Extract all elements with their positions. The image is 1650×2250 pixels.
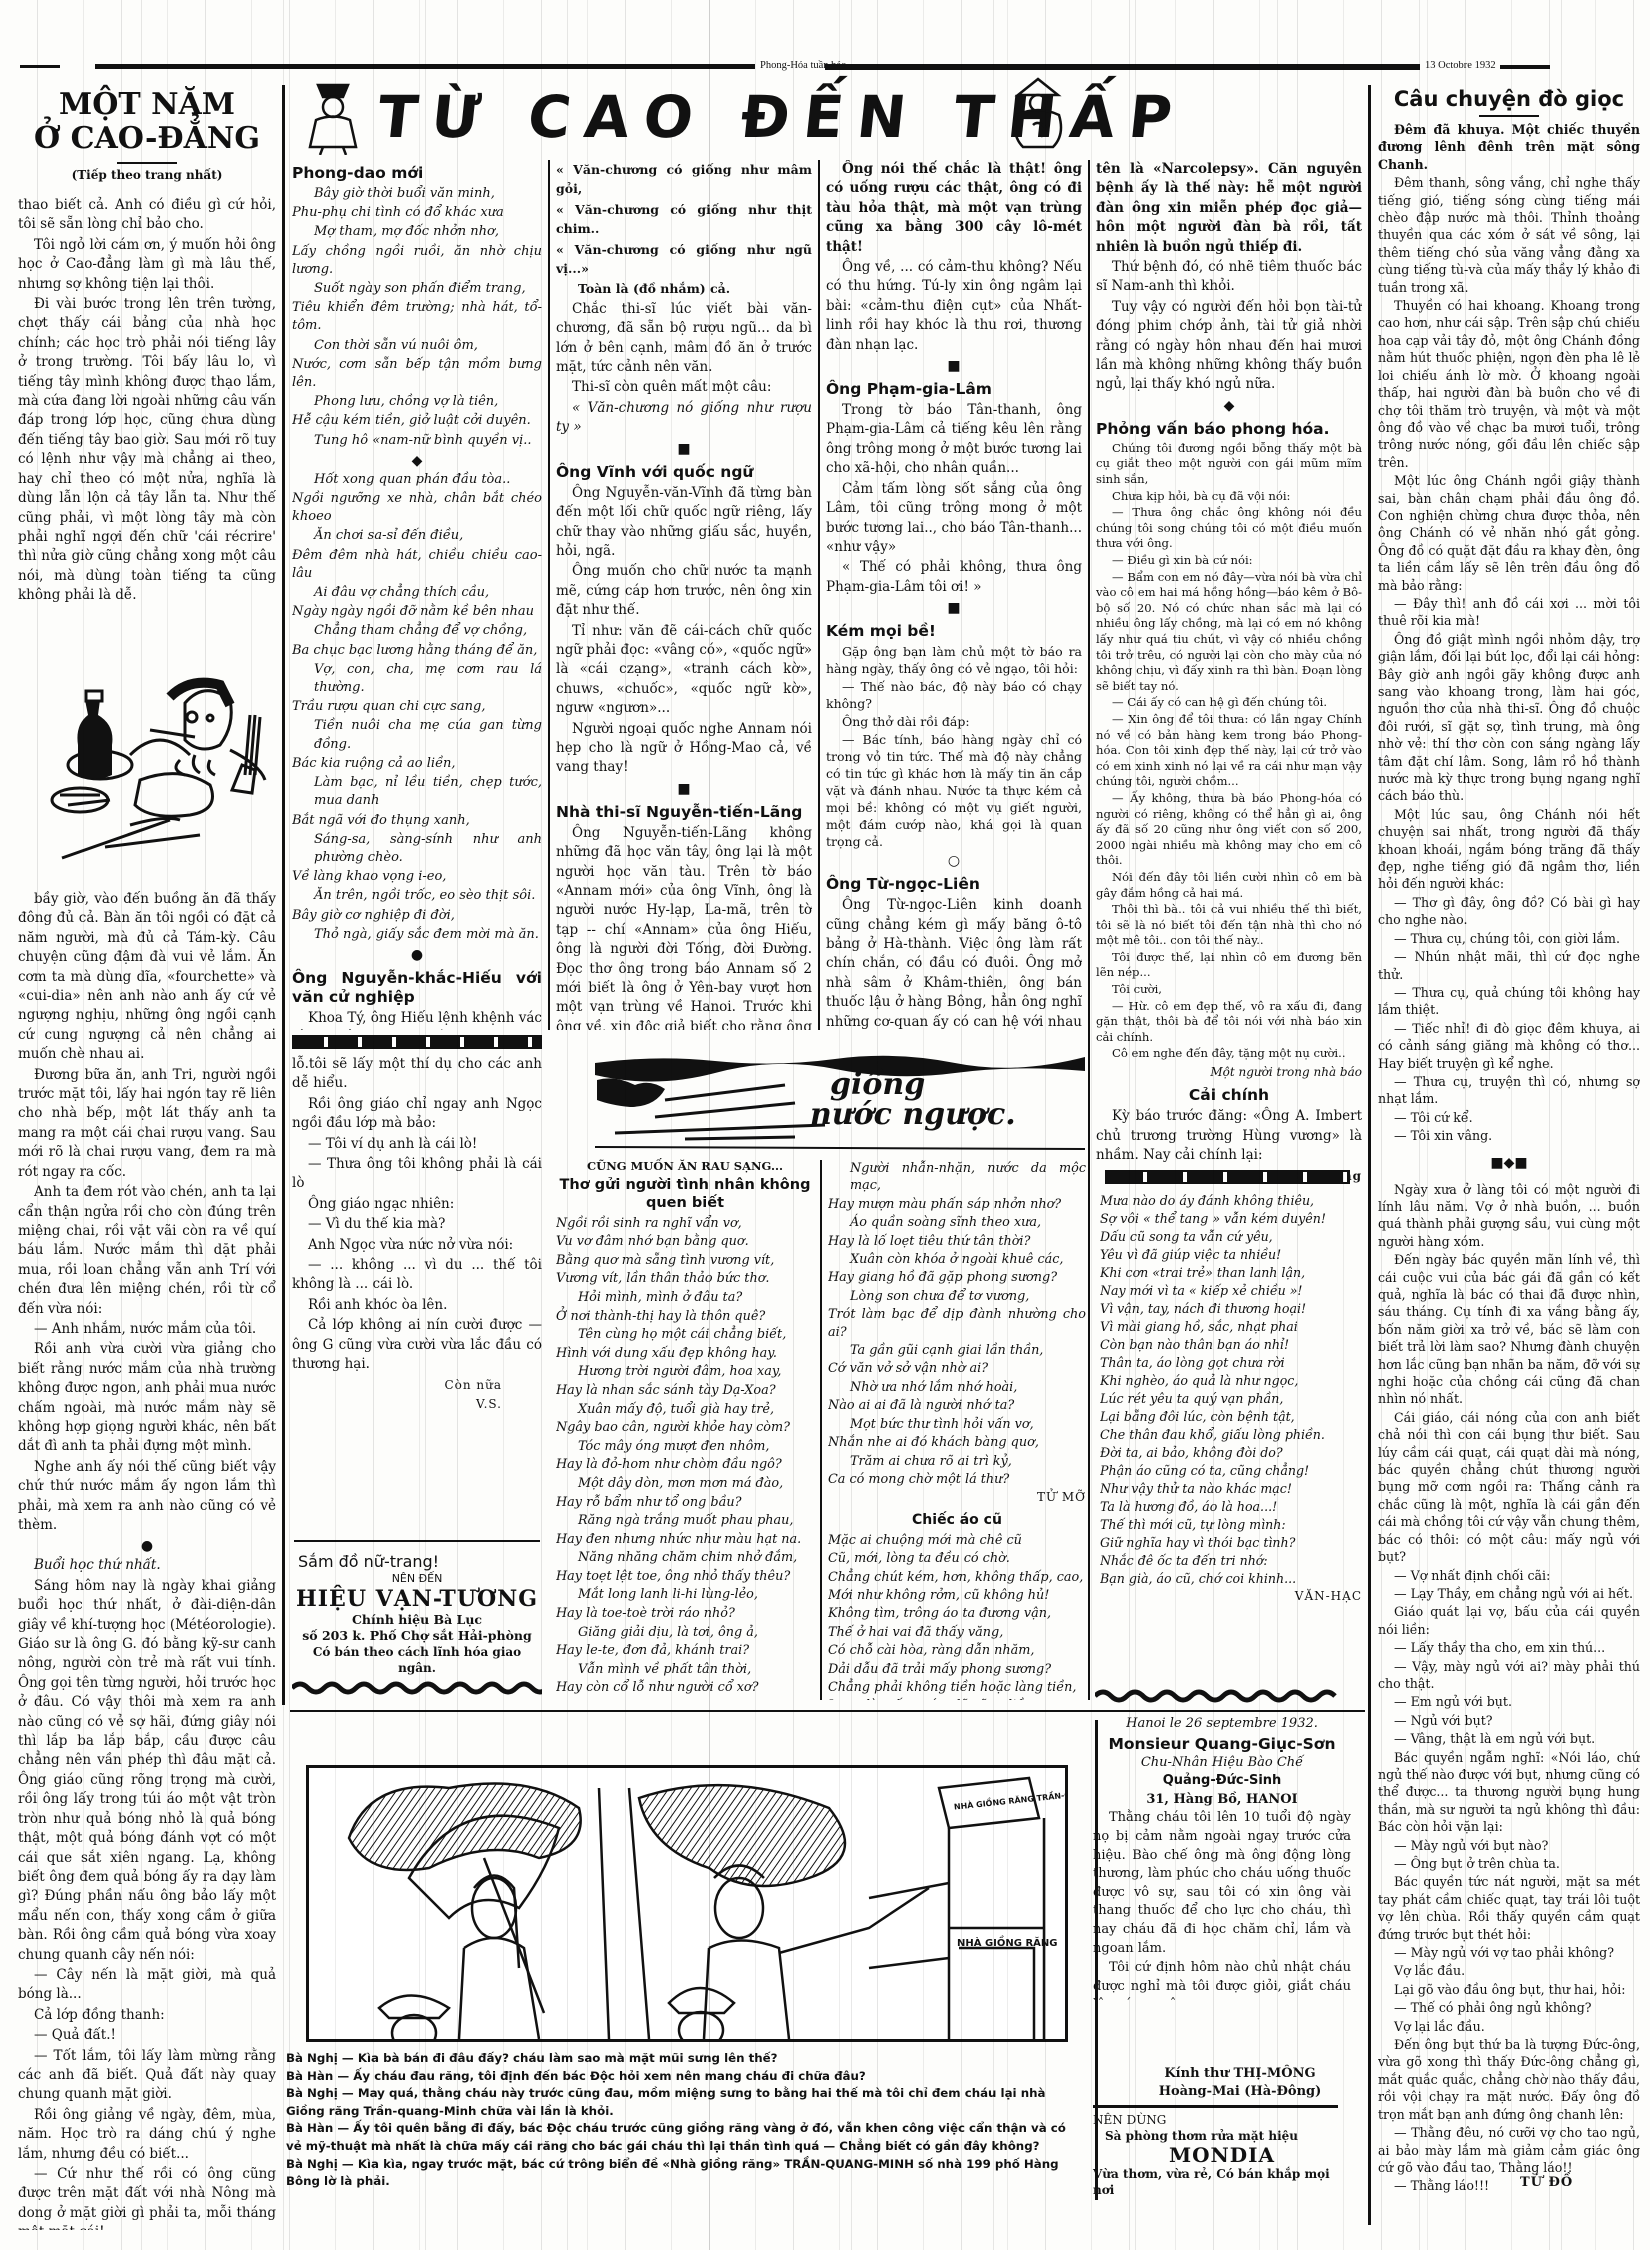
verse-line: Áo quần soàng sĩnh theo xưa, [828, 1214, 1086, 1231]
verse-line: Ngồi rồi sinh ra nghĩ vẩn vơ, [556, 1215, 814, 1233]
paragraph: Rồi anh vừa cười vừa giảng cho biết rằng… [18, 1340, 276, 1456]
verse-line: Hay còn cổ lỗ như người cổ xơ? [556, 1679, 814, 1697]
paragraph: Tuy vậy có người đến hỏi bọn tài-tử đóng… [1096, 298, 1362, 395]
verse-line: Hễ cậu kém tiền, giở luật cởi duyên. [292, 412, 542, 430]
letter-recipient: Monsieur Quang-Giục-Sơn [1093, 1734, 1351, 1754]
paragraph: Đi vài bước trong lên trên tường, chợt t… [18, 295, 276, 606]
verse-line: Tóc mây óng mượt đen nhôm, [556, 1438, 814, 1456]
paragraph: Tôi ngỏ lời cám ơn, ý muốn hỏi ông học ở… [18, 236, 276, 294]
paragraph: Thứ bệnh đó, có nhẽ tiêm thuốc bác sĩ Na… [1096, 258, 1362, 297]
continued-note: Còn nữa [292, 1376, 542, 1395]
paragraph: Ông giáo ngạc nhiên: [292, 1195, 542, 1214]
poem-chiec-ao-cu-continued: Mưa nào do áy đánh không thiêu, Sợ vôi «… [1100, 1192, 1362, 1687]
article-title: Câu chuyện đò giọc [1378, 85, 1640, 113]
ad-line: Sắm đồ nữ-trang! [292, 1552, 542, 1572]
ad-line: Sà phòng thơm rửa mặt hiệu [1093, 2128, 1351, 2144]
letter-date: Hanoi le 26 septembre 1932. [1093, 1715, 1351, 1734]
verse-line: Dấu cũ song ta vẫn cứ yêu, [1100, 1228, 1362, 1245]
verse-line: Ta là hương đồ, áo là hoa...! [1100, 1498, 1362, 1515]
paragraph: Chắc thi-sĩ lúc viết bài văn-chương, đã … [556, 300, 812, 378]
verse-line: Trăm ai chưa rõ ai trì kỷ, [828, 1453, 1086, 1470]
paragraph: Người ngoại quốc nghe Annam nói hẹp cho … [556, 720, 812, 778]
paragraph: — Quả đất.! [18, 2026, 276, 2045]
comic-nha-giong-rang: NHÀ GIỒNG RĂNG TRẦN-QUANG-MINH NHÀ GIỒNG… [306, 1765, 1068, 2042]
separator-square-icon: ■ [826, 598, 1082, 618]
banner-giong-nuoc-nguoc: giồng nước ngược. [595, 1045, 1085, 1155]
paragraph: lỗ.tôi sẽ lấy một thí dụ cho các anh dễ … [292, 1055, 542, 1094]
verse-line: Ăn trên, ngồi trốc, eo sèo thịt sôi. [292, 887, 542, 905]
verse-line: Con thời sẵn vú nuôi ôm, [292, 337, 542, 355]
paragraph: Đêm đã khuya. Một chiếc thuyền đương lên… [1378, 121, 1640, 173]
ad-shop-name: HIỆU VẠN-TƯƠNG [292, 1586, 542, 1612]
ad-line: NÊN DÙNG [1093, 2112, 1351, 2128]
paragraph: — Vâng, thật là em ngủ với bụt. [1378, 1730, 1640, 1747]
peasant-figure-icon [1003, 75, 1073, 155]
paragraph: Ông về, ... có cảm-thu không? Nếu có thu… [826, 258, 1082, 355]
verse-line: Suốt ngày son phấn điểm trang, [292, 280, 542, 298]
paragraph: — Điều gì xin bà cứ nói: [1096, 553, 1362, 569]
article-title-line-2: Ở CAO-ĐẲNG [18, 122, 276, 156]
verse-line: Như vậy thử ta nào khác mạc! [1100, 1480, 1362, 1497]
ad-line: Có bán theo cách lĩnh hóa giao ngân. [292, 1644, 542, 1676]
paragraph: « Thế có phải không, thưa ông Phạm-gia-L… [826, 558, 1082, 597]
title-divider [117, 162, 177, 164]
paragraph: — Cứ như thế rồi có ông cũng được trên m… [18, 2165, 276, 2230]
article-mot-nam-o-cao-dang: MỘT NĂM Ở CAO-ĐẲNG (Tiếp theo trang nhất… [18, 88, 276, 182]
verse-line: Không tìm, trông áo ta đương vận, [828, 1605, 1086, 1622]
paragraph: thao biết cả. Anh có điều gì cứ hỏi, tôi… [18, 196, 276, 235]
verse-line: Hốt xong quan phán đầu tòa.. [292, 471, 542, 489]
paragraph: — Thế có phải ông ngủ không? [1378, 1999, 1640, 2016]
left-article-body-bottom: bầy giờ, vào đến buồng ăn đã thấy đông đ… [18, 890, 276, 2230]
ad-address: số 203 k. Phố Chợ sắt Hải-phòng [292, 1628, 542, 1644]
paragraph: — Cây nến là mặt giời, mà quả bóng là... [18, 1966, 276, 2005]
verse-line: Ta gần gũi cạnh giai lần thần, [828, 1342, 1086, 1359]
ad-line: NÊN ĐẾN [292, 1572, 542, 1586]
decorative-checker-bar [1105, 1170, 1350, 1184]
paragraph: — Nhún nhật mãi, thì cứ đọc nghe thử. [1378, 948, 1640, 983]
verse-line: Thân ta, áo lòng gọt chưa rời [1100, 1354, 1362, 1371]
paragraph: — Lấy thầy tha cho, em xin thú... [1378, 1639, 1640, 1656]
separator-square-icon: ■ [826, 356, 1082, 376]
column-rule [548, 160, 550, 1030]
verse-line: Bằng quơ mà sẵng tình vương vít, [556, 1252, 814, 1270]
paragraph: — Thưa ông chắc ông không nói đều chúng … [1096, 505, 1362, 552]
column-3: « Văn-chương có giống như mâm gỏi, « Văn… [556, 160, 812, 1030]
paragraph: Rồi anh khóc òa lên. [292, 1296, 542, 1315]
verse-line: Vu vơ đâm nhớ bạn bằng quơ. [556, 1233, 814, 1251]
verse-line: Vợ, con, cha, mẹ cơm rau lá thường. [292, 661, 542, 697]
left-article-body-top: thao biết cả. Anh có điều gì cứ hỏi, tôi… [18, 196, 276, 646]
verse-line: Lượt, là, gấm, vóc, đã cũng liền. [828, 1697, 1086, 1700]
paragraph: Chúng tôi đương ngồi bỗng thấy một bà cụ… [1096, 441, 1362, 488]
verse-line: Ở nơi thành-thị hay là thôn quê? [556, 1308, 814, 1326]
separator-circle-icon: ○ [826, 851, 1082, 871]
paragraph: Ông thở dài rồi đáp: [826, 713, 1082, 730]
column-4: Ông nói thế chắc là thật! ông có uống rư… [826, 160, 1082, 1030]
paragraph: — Vậy, mày ngủ với ai? mày phải thú cho … [1378, 1658, 1640, 1693]
paragraph: Vợ lắc đầu. [1378, 1962, 1640, 1979]
verse-line: Đời ta, ai bảo, không đòi do? [1100, 1444, 1362, 1461]
paragraph: Tôi cứ định hôm nào chủ nhật cháu được n… [1093, 1959, 1351, 2000]
verse-line: Thế ở hai vai đã thấy văng, [828, 1624, 1086, 1641]
verse-line: Mặc ai chuộng mới mà chê cũ [828, 1532, 1086, 1549]
ad-brand-name: MONDIA [1093, 2144, 1351, 2166]
article-title: MỘT NĂM Ở CAO-ĐẲNG [18, 88, 276, 156]
letter-place: Hoàng-Mai (Hà-Đông) [1140, 2083, 1340, 2101]
verse-line: Chẳng chút kém, hơn, không thấp, cao, [828, 1569, 1086, 1586]
verse-line: Năng nhăng chăm chim nhở đắm, [556, 1549, 814, 1567]
paragraph: Nói đến đây tôi liền cười nhìn cô em bà … [1096, 870, 1362, 901]
paragraph: — Tôi cứ kể. [1378, 1109, 1640, 1126]
verse-line: Vẫn mình về phất tân thời, [556, 1661, 814, 1679]
comic-dialogue: Bà Nghị — Kìa bà bán đi đâu đấy? cháu là… [286, 2050, 1076, 2191]
letter-sign: Kính thư THỊ-MÔNG [1140, 2065, 1340, 2083]
paragraph: Cảm tấm lòng sốt sắng của ông Lâm, tôi c… [826, 480, 1082, 558]
verse-line: Chẳng tham chẳng để vợ chồng, [292, 622, 542, 640]
verse-line: Vì mài giang hồ, sắc, nhạt phai [1100, 1318, 1362, 1335]
separator-ornament-icon: ■◆■ [1378, 1153, 1640, 1173]
dialogue-line: Bà Nghị — Kìa kìa, ngay trước mặt, bác c… [286, 2156, 1076, 2191]
separator-diamond-icon: ◆ [1096, 396, 1362, 416]
comic-sign-1: NHÀ GIỒNG RĂNG TRẦN-QUANG-MINH [953, 1782, 1065, 1812]
verse-line: Khi nghèo, áo quả là như ngọc, [1100, 1372, 1362, 1389]
heading-nguyen-khac-hieu-van-cu-nghiep: Ông Nguyễn-khắc-Hiếu với văn cử nghiệp [292, 969, 542, 1007]
verse-line: Hay rỗ bẩm như tổ ong bầu? [556, 1494, 814, 1512]
paragraph: — Tôi xin vâng. [1378, 1127, 1640, 1144]
comic-sign-2: NHÀ GIỒNG RĂNG [957, 1934, 1057, 1949]
paragraph: — Tôi ví dụ anh là cái lò! [292, 1135, 542, 1154]
verse-line: Bây giờ thời buổi văn minh, [292, 185, 542, 203]
verse-line: Ai đâu vợ chẳng thích cầu, [292, 584, 542, 602]
verse-line: Dải dẫu đã trải mấy phong sương? [828, 1661, 1086, 1678]
horizontal-rule [1093, 2105, 1338, 2108]
paragraph: Cả lớp đồng thanh: [18, 2006, 276, 2025]
verse-line: Khi cơn «trai trẻ» than lanh lận, [1100, 1264, 1362, 1281]
verse-line: Vì vận, tay, nách đi thương hoại! [1100, 1300, 1362, 1317]
paragraph: — Thơ gì đây, ông đồ? Có bài gì hay cho … [1378, 894, 1640, 929]
paragraph: — Hừ. cô em đẹp thế, vô ra xấu đi, đang … [1096, 999, 1362, 1046]
heading-kem-moi-be: Kém mọi bề! [826, 622, 1082, 641]
paragraph: Ông Nguyễn-tiến-Lãng không những đã học … [556, 824, 812, 1030]
separator-square-icon: ■ [556, 439, 812, 459]
signature: Một người trong nhà báo [1096, 1063, 1362, 1082]
column-2-lower: lỗ.tôi sẽ lấy một thí dụ cho các anh dễ … [292, 1055, 542, 1525]
verse-line: Giữ nghĩa hay vì thói bạc tình? [1100, 1534, 1362, 1551]
paragraph: Ông Từ-ngọc-Liên kinh doanh cũng chẳng k… [826, 896, 1082, 1030]
paragraph: Tỉ như: văn đẽ cái-cách chữ quốc ngữ phả… [556, 622, 812, 719]
paragraph: — Tiếc nhỉ! đi đò giọc đêm khuya, ai có … [1378, 1020, 1640, 1072]
verse-line: Hương trời người đâm, hoa xay, [556, 1363, 814, 1381]
column-rule [818, 160, 820, 1030]
verse-line: Thế thì mới cũ, tự lòng mình: [1100, 1516, 1362, 1533]
verse-line: Bây giờ cơ nghiệp đi đời, [292, 907, 542, 925]
verse-line: Sáng-sa, sàng-sính như anh phường chèo. [292, 831, 542, 867]
heading-ong-vinh-quoc-ngu: Ông Vĩnh với quốc ngữ [556, 463, 812, 482]
paragraph: Một lúc ông Chánh ngồi giậy thành sai, b… [1378, 472, 1640, 594]
paragraph: — Anh nhắm, nước mắm của tôi. [18, 1320, 276, 1339]
verse-line: Sợ vôi « thể tang » vẫn kém duyên! [1100, 1210, 1362, 1227]
letter-address: 31, Hàng Bồ, HANOI [1093, 1791, 1351, 1810]
paragraph: Vợ lại lắc đầu. [1378, 2018, 1640, 2035]
paragraph: Bác quyền ngẫm nghĩ: «Nói láo, chứ ngủ t… [1378, 1749, 1640, 1836]
verse-line: Vương vít, lần thân thảo bức thơ. [556, 1270, 814, 1288]
verse-line: Bác kia ruộng cả ao liền, [292, 755, 542, 773]
paragraph: — Thằng đêu, nó cưỡi vợ cho tao ngủ, ai … [1378, 2124, 1640, 2176]
paragraph: Ông muốn cho chữ nước ta mạnh mẽ, cứng c… [556, 562, 812, 620]
masthead-rule-left [20, 65, 60, 68]
heading-chiec-ao-cu: Chiếc áo cũ [828, 1511, 1086, 1530]
cartoon-man-eating [20, 655, 275, 885]
heading-tu-ngoc-lien: Ông Từ-ngọc-Liên [826, 875, 1082, 894]
letter-signoff: Kính thư THỊ-MÔNG Hoàng-Mai (Hà-Đông) [1140, 2065, 1340, 2101]
verse-line: Hay toẹt lệt toe, ông nhỏ thấy thêu? [556, 1568, 814, 1586]
verse-line: Trót làm bạc để dịp đành nhường cho ai? [828, 1306, 1086, 1341]
paragraph: — Mày ngủ với bụt nào? [1378, 1837, 1640, 1854]
verse-line: Lòng son chưa để tơ vương, [828, 1288, 1086, 1305]
signature: V.S. [292, 1395, 542, 1414]
paragraph: « Văn-chương nó giống như rượu ty » [556, 399, 812, 438]
verse-line: « Văn-chương có giống như ngũ vị...» [556, 240, 812, 279]
column-6-cau-chuyen-do-gioc: Câu chuyện đò giọc Đêm đã khuya. Một chi… [1378, 85, 1640, 2235]
article-title-line-1: MỘT NĂM [18, 88, 276, 122]
verse-line: Mắt long lanh li-hi lùng-lẻo, [556, 1586, 814, 1604]
cartoon-illustration-icon [20, 655, 275, 885]
ad-top-rule [294, 1540, 540, 1542]
poem-nguoi-nhan-nhan: Người nhẫn-nhặn, nước da mộc mạc, Hay mư… [828, 1160, 1086, 1700]
dialogue-line: Bà Hàn — Ấy cháu đau răng, tôi định đến … [286, 2068, 1076, 2086]
verse-line: Một dây dòn, mơn mơn má đào, [556, 1475, 814, 1493]
verse-line: Ca có mong chờ một lá thư? [828, 1471, 1086, 1488]
paragraph: Anh Ngọc vừa nức nở vừa nói: [292, 1236, 542, 1255]
paragraph: tên là «Narcolepsy». Căn nguyên bệnh ấy … [1096, 160, 1362, 257]
verse-line: Mọt bức thư tình hỏi vấn vơ, [828, 1416, 1086, 1433]
verse-line: Cớ văn vở sở vận nhờ ai? [828, 1360, 1086, 1377]
paragraph: Cô em nghe đến đây, tặng một nụ cười.. [1096, 1046, 1362, 1062]
paragraph: — Thằng láo!!! [1378, 2177, 1640, 2194]
ad-line: Chính hiệu Bà Lục [292, 1612, 542, 1628]
verse-line: Hay đen nhưng nhức như màu hạt na. [556, 1531, 814, 1549]
column-rule [282, 85, 285, 1705]
subheading-buoi-hoc: Buổi học thứ nhất. [18, 1556, 276, 1575]
verse-line: « Văn-chương có giống như thịt chim.. [556, 200, 812, 239]
paragraph: Thi-sĩ còn quên mất một câu: [556, 378, 812, 397]
verse-line: Lúc rét yêu ta quý vạn phần, [1100, 1390, 1362, 1407]
verse-line: Tiền nuôi cha mẹ cúa gan từng đồng. [292, 717, 542, 753]
dialogue-line: Bà Nghị — Kìa bà bán đi đâu đấy? cháu là… [286, 2050, 1076, 2068]
paragraph: Trong tờ báo Tân-thanh, ông Phạm-gia-Lâm… [826, 401, 1082, 479]
verse-line: Giăng giải dịu, là tơi, ông ả, [556, 1624, 814, 1642]
verse-line: Làm bạc, nỉ lều tiền, chẹp tước, mua dan… [292, 774, 542, 810]
title-divider [1479, 115, 1539, 117]
letter-shop: Quảng-Đức-Sinh [1093, 1772, 1351, 1791]
paragraph: Ông đồ giật mình ngồi nhỏm dậy, trợ giận… [1378, 631, 1640, 805]
verse-line: Hay là đỏ-hom như chòm đầu ngô? [556, 1456, 814, 1474]
verse-line: Người nhẫn-nhặn, nước da mộc mạc, [828, 1160, 1086, 1195]
column-2: Phong-dao mới Bây giờ thời buổi văn minh… [292, 160, 542, 1030]
poem-title: Thơ gửi người tình nhân không quen biết [556, 1176, 814, 1212]
newspaper-page: Phong-Hóa tuần báo 13 Octobre 1932 MỘT N… [0, 0, 1650, 2250]
paragraph: Nghe anh ấy nói thế cũng biết vậy chứ th… [18, 1458, 276, 1536]
paragraph: — Ngủ với bụt? [1378, 1712, 1640, 1729]
verse-line: Trầu rượu quan chi cực sang, [292, 698, 542, 716]
verse-line: Ba chục bạc lương hằng tháng để ăn, [292, 642, 542, 660]
decorative-checker-bar [292, 1035, 542, 1049]
wavy-border-icon [1095, 1688, 1340, 1704]
verse-line: Còn bạn nào thân bạn áo nhỉ! [1100, 1336, 1362, 1353]
verse-line: Đêm đêm nhà hát, chiều chiều cao-lâu [292, 547, 542, 583]
paragraph: Thôi thì bà.. tôi cả vui nhiều thế thì b… [1096, 902, 1362, 949]
banner-title-line-2: nước ngược. [810, 1100, 1016, 1130]
mandarin-figure-icon [298, 75, 368, 155]
paragraph: — Thế nào bác, độ này báo có chạy không? [826, 678, 1082, 712]
column-rule [1368, 85, 1371, 2225]
verse-line: Ngày ngày ngồi đỡ nằm kề bên nhau [292, 603, 542, 621]
signature-tu-do: TỨ ĐỒ [1520, 2175, 1573, 2190]
section-header-tu-cao-den-thap: TỪ CAO ĐẾN THẤP [288, 75, 1088, 160]
verse-line: Xuân mấy độ, tuổi già hay trẻ, [556, 1401, 814, 1419]
verse-line: Che thân đau khổ, giấu lòng phiền. [1100, 1426, 1362, 1443]
separator-dot-icon: ● [18, 1536, 276, 1556]
column-5: tên là «Narcolepsy». Căn nguyên bệnh ấy … [1096, 160, 1362, 1200]
verse-line: Hay giang hồ đã gặp phong sương? [828, 1269, 1086, 1286]
paragraph: Rồi ông giáo chỉ ngay anh Ngọc ngồi đầu … [292, 1095, 542, 1134]
paragraph: — Thưa cụ, quả chúng tôi không hay lắm t… [1378, 984, 1640, 1019]
separator-square-icon: ■ [556, 779, 812, 799]
paragraph: Đêm thanh, sông vắng, chỉ nghe thấy tiến… [1378, 174, 1640, 296]
poem-tho-gui-nguoi-tinh-nhan: CŨNG MUỐN ĂN RAU SẠNG... Thơ gửi người t… [556, 1158, 814, 1698]
verse-line: Nào ai ai đã là người nhớ ta? [828, 1397, 1086, 1414]
column-rule [820, 1160, 822, 1700]
masthead-rule-mid [825, 64, 1420, 70]
dialogue-line: Bà Nghị — May quá, thằng cháu này trước … [286, 2085, 1076, 2120]
paragraph: — Ấy không, thưa bà báo Phong-hóa có ngư… [1096, 791, 1362, 869]
verse-line: Tiêu khiển đêm trường; nhà hát, tổ-tôm. [292, 299, 542, 335]
paragraph: Chưa kịp hỏi, bà cụ đã vội nói: [1096, 489, 1362, 505]
verse-line: Nước, cơm sẵn bếp tận mồm bưng lên. [292, 356, 542, 392]
heading-nguyen-tien-lang: Nhà thi-sĩ Nguyễn-tiến-Lãng [556, 803, 812, 822]
banner-title: giồng nước ngược. [810, 1070, 1016, 1130]
verse-line: Hỏi mình, mình ở đâu ta? [556, 1289, 814, 1307]
paragraph: Đến ông bụt thứ ba là tượng Đức-ông, vừa… [1378, 2036, 1640, 2123]
paragraph: Tôi được thế, lại nhìn cô em đương bẽn l… [1096, 950, 1362, 981]
paragraph: bầy giờ, vào đến buồng ăn đã thấy đông đ… [18, 890, 276, 1065]
verse-line: Tung hô «nam-nữ bình quyền vị.. [292, 432, 542, 450]
verse-line: Lấy chồng ngồi ruồi, ăn nhờ chịu lương. [292, 243, 542, 279]
ad-hieu-van-tuong: Sắm đồ nữ-trang! NÊN ĐẾN HIỆU VẠN-TƯƠNG … [292, 1540, 542, 1705]
paragraph: — Bác tính, báo hàng ngày chỉ có trong v… [826, 731, 1082, 850]
paragraph: — Mày ngủ với vợ tao phải không? [1378, 1944, 1640, 1961]
verse-line: Bắt ngã với đo thụng xanh, [292, 812, 542, 830]
masthead-rule-left-2 [95, 64, 755, 69]
verse-line: Mợ tham, mợ đốc nhởn nhơ, [292, 223, 542, 241]
paragraph: Sáng hôm nay là ngày khai giảng buổi học… [18, 1577, 276, 1965]
separator-diamond-icon: ◆ [292, 451, 542, 471]
paragraph: Giáo quát lại vợ, bấu của cái quyền nói … [1378, 1603, 1640, 1638]
masthead-date: 13 Octobre 1932 [1425, 60, 1496, 74]
paragraph: Bác quyền tức nát người, mặt sa mét tay … [1378, 1873, 1640, 1943]
paragraph: — Ông bụt ở trên chùa ta. [1378, 1855, 1640, 1872]
verse-line: Ngây bao cân, người khỏe hay còm? [556, 1419, 814, 1437]
verse-line: Phận áo cũng có ta, cũng chẳng! [1100, 1462, 1362, 1479]
paragraph: — Thưa cụ, chúng tôi, con giời lắm. [1378, 930, 1640, 947]
verse-line: Ngồi ngưỡng xe nhà, chân bắt chéo khoeo [292, 490, 542, 526]
verse-line: Ăn chơi sa-sỉ đến điều, [292, 527, 542, 545]
paragraph: — Thưa cụ, truyện thì có, nhưng sợ nhạt … [1378, 1073, 1640, 1108]
ad-quang-duc-sinh: Hanoi le 26 septembre 1932. Monsieur Qua… [1093, 1715, 1351, 2000]
interview-body: Chúng tôi đương ngồi bỗng thấy một bà cụ… [1096, 441, 1362, 1062]
paragraph: Ngày xưa ở làng tôi có một người đi lính… [1378, 1181, 1640, 1251]
verse-line: Về làng khao vọng i-eo, [292, 868, 542, 886]
paragraph: — Em ngủ với bụt. [1378, 1693, 1640, 1710]
verse-line: Hình với dung xấu đẹp không hay. [556, 1345, 814, 1363]
paragraph: — Bẩm con em nó đây—vừa nói bà vừa chỉ v… [1096, 570, 1362, 695]
heading-pham-gia-lam: Ông Phạm-gia-Lâm [826, 380, 1082, 399]
paragraph: — Cái ấy có can hệ gì đến chúng tôi. [1096, 695, 1362, 711]
verse-line: « Văn-chương có giống như mâm gỏi, [556, 160, 812, 199]
verse-line: Hay là nhan sắc sánh tày Dạ-Xoa? [556, 1382, 814, 1400]
paragraph: Ông nói thế chắc là thật! ông có uống rư… [826, 160, 1082, 257]
verse-line: Hay là lố loẹt tiêu thứ tân thời? [828, 1233, 1086, 1250]
banner-title-line-1: giồng [810, 1070, 1016, 1100]
paragraph: Đương bữa ăn, anh Tri, người ngồi trước … [18, 1066, 276, 1182]
dialogue-line: Bà Hàn — Ấy tôi quên bẵng đi đấy, bác Độ… [286, 2120, 1076, 2155]
verse-line: Nay mới vì ta « kiếp xẻ chiều »! [1100, 1282, 1362, 1299]
verse-line: Lại bẵng đôi lúc, còn bệnh tật, [1100, 1408, 1362, 1425]
paragraph: Lại gõ vào đầu ông bụt, thư hai, hỏi: [1378, 1981, 1640, 1998]
separator-dot-icon: ● [292, 945, 542, 965]
paragraph: Thằng cháu tôi lên 10 tuổi độ ngày nọ bị… [1093, 1809, 1351, 1958]
paragraph: — Đây thì! anh đồ cái xơi ... mời tôi th… [1378, 595, 1640, 630]
paragraph: Khoa Tý, ông Hiếu lệnh khệnh vác lều chi… [292, 1009, 542, 1030]
verse-line: Hay le-te, đơn đả, khánh trai? [556, 1642, 814, 1660]
heading-phong-van-bao-phong-hoa: Phỏng vấn báo phong hóa. [1096, 420, 1362, 439]
paragraph: Một lúc sau, ông Chánh nói hết chuyện sa… [1378, 806, 1640, 893]
verse-line: Xuân còn khóa ở ngoài khuê các, [828, 1251, 1086, 1268]
paragraph: Ông Nguyễn-văn-Vĩnh đã từng bàn đến một … [556, 484, 812, 562]
verse-line: Tên cùng họ một cái chẳng biết, [556, 1326, 814, 1344]
signature: TỬ MỠ [828, 1489, 1086, 1506]
paragraph: — Vì du thế kia mà? [292, 1215, 542, 1234]
ad-mondia: NÊN DÙNG Sà phòng thơm rửa mặt hiệu MOND… [1093, 2112, 1351, 2198]
verse-line: Hay mượn màu phấn sáp nhởn nhơ? [828, 1196, 1086, 1213]
verse-line: Nhắc đê ốc ta đến tri nhớ: [1100, 1552, 1362, 1569]
verse-line: Bạn già, áo cũ, chớ coi khinh... [1100, 1570, 1362, 1587]
verse-line: Yêu vì đã giúp việc ta nhiều! [1100, 1246, 1362, 1263]
verse-line: Có chỗ cài hòa, ràng dẫn nhăm, [828, 1642, 1086, 1659]
signature: VĂN-HẠC [1100, 1588, 1362, 1605]
paragraph: — ... không ... vì du ... thế tôi không … [292, 1256, 542, 1295]
paragraph: Kỳ báo trước đăng: «Ông A. Imbert chủ tr… [1096, 1107, 1362, 1165]
paragraph: — Lạy Thầy, em chẳng ngủ với ai hết. [1378, 1585, 1640, 1602]
paragraph: Tôi cười, [1096, 982, 1362, 998]
verse-line: Nhắn nhe ai đó khách bàng quơ, [828, 1434, 1086, 1451]
paragraph: — Thưa ông tôi không phải là cái lò [292, 1155, 542, 1194]
paragraph: — Vợ nhất định chối cãi: [1378, 1567, 1640, 1584]
verse-line: Cũ, mới, lòng ta đều có chờ. [828, 1550, 1086, 1567]
ad-line: Vừa thơm, vừa rẻ, Có bán khắp mọi nơi [1093, 2166, 1351, 2198]
paragraph: Rồi ông giảng về ngày, đêm, mùa, năm. Họ… [18, 2106, 276, 2164]
verse-line: Răng ngà trắng muốt phau phau, [556, 1512, 814, 1530]
verse-line: Chẳng phải không tiền hoặc làng tiền, [828, 1679, 1086, 1696]
verse-line: Phu-phụ chi tình có đổ khác xưa [292, 204, 542, 222]
heading-cai-chinh: Cải chính [1096, 1086, 1362, 1105]
column-rule [1088, 160, 1090, 1700]
continued-note: (Tiếp theo trang nhất) [18, 168, 276, 182]
paragraph: — Xin ông để tôi thưa: có lần ngay Chính… [1096, 712, 1362, 790]
paragraph: Anh ta đem rót vào chén, anh ta lại cẩn … [18, 1183, 276, 1319]
paragraph: Cả lớp không ai nín cười được — ông G cũ… [292, 1316, 542, 1374]
